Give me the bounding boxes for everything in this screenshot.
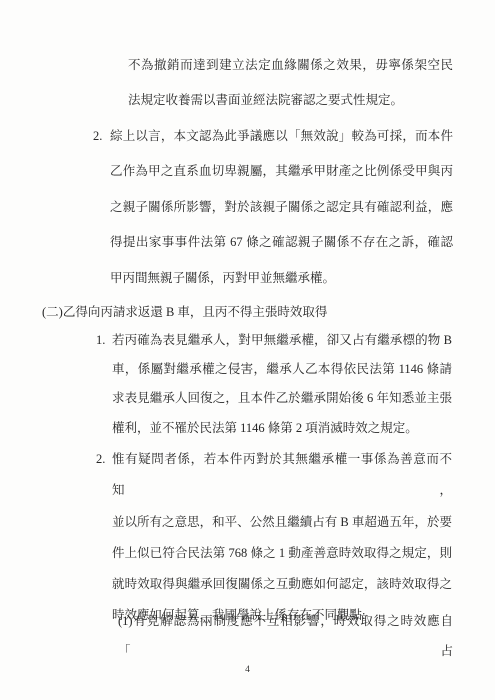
list-item-2-question: 惟有疑問者係，若本件丙對於其無繼承權一事係為善意而不知，並以所有之意思，和平、公… — [112, 444, 452, 632]
text-line: 不為撤銷而達到建立法定血緣關係之效果，毋寧係架空民 — [128, 48, 453, 83]
text-line: 車，係屬對繼承權之侵害，繼承人乙本得依民法第 1146 條請 — [112, 355, 452, 384]
text-line: 之親子關係所影響，對於該親子關係之認定具有確認利益，應 — [110, 190, 453, 225]
section-heading-2: (二)乙得向丙請求返還 B 車，且丙不得主張時效取得 — [42, 295, 453, 330]
text-line: 件上似已符合民法第 768 條之 1 動產善意時效取得之規定，則 — [112, 538, 452, 569]
text-line: 法規定收養需以書面並經法院審認之要式性規定。 — [128, 83, 453, 118]
text-line: 乙作為甲之直系血切卑親屬，其繼承甲財產之比例係受甲與丙 — [110, 154, 453, 189]
list-marker-2: 2. — [93, 119, 102, 154]
text-line: 得提出家事事件法第 67 條之確認親子關係不存在之訴，確認 — [110, 225, 453, 260]
list-marker-1: 1. — [96, 326, 105, 355]
paragraph-continuation: 不為撤銷而達到建立法定血緣關係之效果，毋寧係架空民法規定收養需以書面並經法院審認… — [128, 48, 453, 119]
text-line: 就時效取得與繼承回復關係之互動應如何認定，該時效取得之 — [112, 569, 452, 600]
text-line: 甲丙間無親子關係，丙對甲並無繼承權。 — [110, 261, 453, 296]
document-page: 不為撤銷而達到建立法定血緣關係之效果，毋寧係架空民法規定收養需以書面並經法院審認… — [0, 0, 495, 700]
list-marker-2b: 2. — [96, 444, 105, 475]
text-line: (二)乙得向丙請求返還 B 車，且丙不得主張時效取得 — [42, 295, 453, 330]
text-line: 並以所有之意思，和平、公然且繼續占有 B 車超過五年，於要 — [112, 507, 452, 538]
list-item-1-heir-claim: 若丙確為表見繼承人，對甲無繼承權，卻又占有繼承標的物 B車，係屬對繼承權之侵害，… — [112, 326, 452, 443]
text-line: 求表見繼承人回復之，且本件乙於繼承開始後 6 年知悉並主張 — [112, 384, 452, 413]
sub-item-viewpoint-1: (1)有見解認為兩制度應不互相影響，時效取得之時效應自「占 — [118, 606, 453, 666]
text-line: 惟有疑問者係，若本件丙對於其無繼承權一事係為善意而不知， — [112, 444, 452, 507]
text-line: 權利，並不罹於民法第 1146 條第 2 項消滅時效之規定。 — [112, 414, 452, 443]
text-line: 若丙確為表見繼承人，對甲無繼承權，卻又占有繼承標的物 B — [112, 326, 452, 355]
text-line: 綜上以言，本文認為此爭議應以「無效說」較為可採，而本件 — [110, 119, 453, 154]
page-number: 4 — [0, 665, 495, 675]
list-item-2-conclusion: 綜上以言，本文認為此爭議應以「無效說」較為可採，而本件乙作為甲之直系血切卑親屬，… — [110, 119, 453, 296]
text-line: (1)有見解認為兩制度應不互相影響，時效取得之時效應自「占 — [118, 606, 453, 666]
